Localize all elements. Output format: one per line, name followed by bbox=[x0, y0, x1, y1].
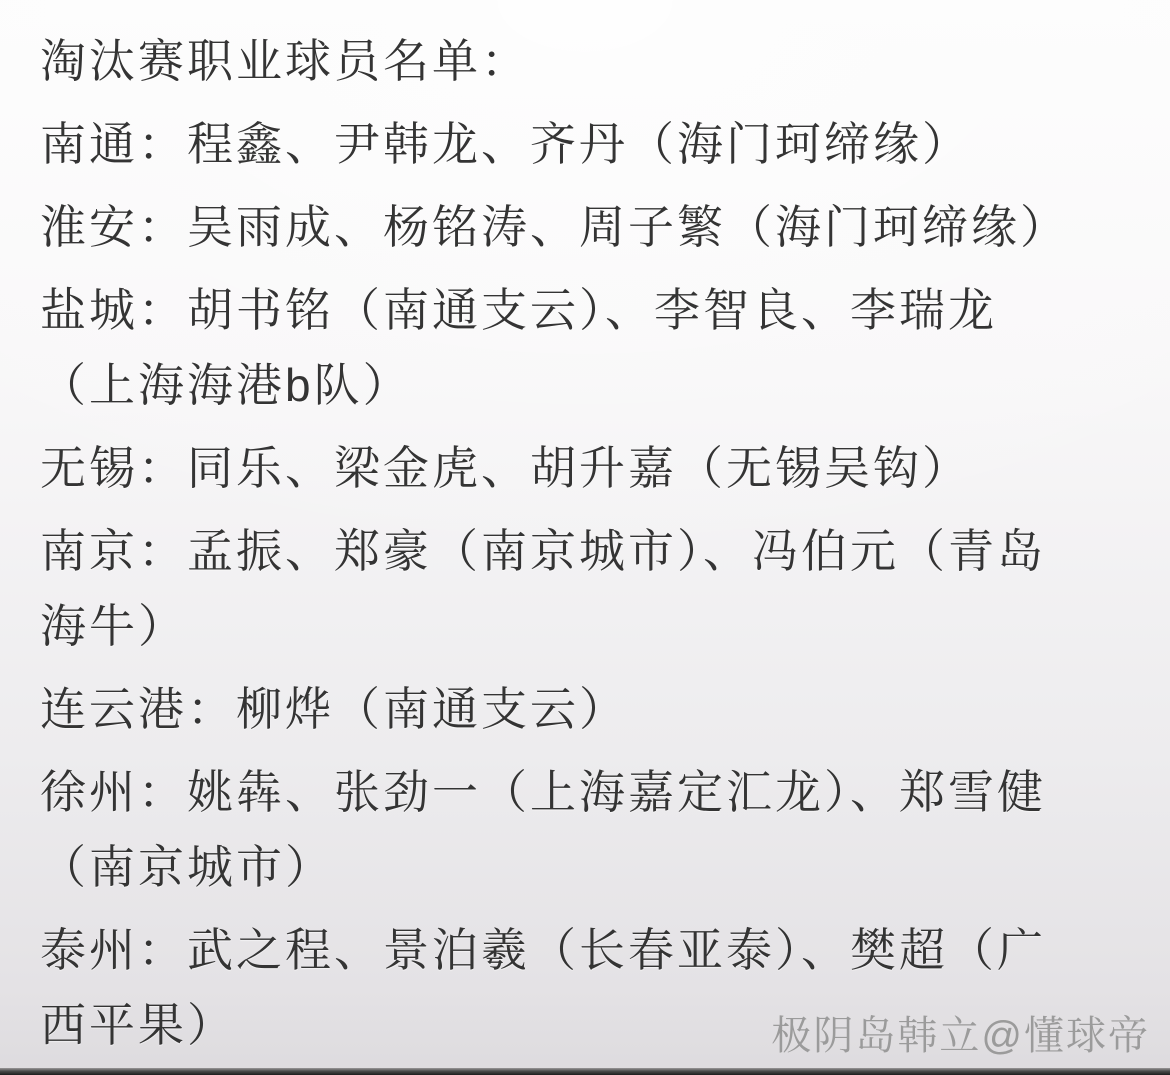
roster-line-wrap: （上海海港b队） bbox=[40, 348, 1140, 423]
roster-text-block: 淘汰赛职业球员名单： 南通：程鑫、尹韩龙、齐丹（海门珂缔缘） 淮安：吴雨成、杨铭… bbox=[0, 0, 1170, 1071]
roster-entry-nanjing: 南京：孟振、郑豪（南京城市）、冯伯元（青岛 海牛） bbox=[40, 514, 1140, 664]
roster-line: 南京：孟振、郑豪（南京城市）、冯伯元（青岛 bbox=[40, 514, 1140, 589]
roster-line: 南通：程鑫、尹韩龙、齐丹（海门珂缔缘） bbox=[40, 107, 1140, 182]
roster-line: 泰州：武之程、景泊羲（长春亚泰）、樊超（广 bbox=[40, 913, 1140, 988]
roster-entry-lianyungang: 连云港：柳烨（南通支云） bbox=[40, 672, 1140, 747]
roster-entry-nantong: 南通：程鑫、尹韩龙、齐丹（海门珂缔缘） bbox=[40, 107, 1140, 182]
roster-line: 淮安：吴雨成、杨铭涛、周子繁（海门珂缔缘） bbox=[40, 190, 1140, 265]
roster-entry-wuxi: 无锡：同乐、梁金虎、胡升嘉（无锡吴钩） bbox=[40, 431, 1140, 506]
watermark: 极阴岛韩立@懂球帝 bbox=[771, 1004, 1150, 1061]
bottom-edge-bar bbox=[0, 1068, 1170, 1075]
roster-entry-xuzhou: 徐州：姚犇、张劲一（上海嘉定汇龙）、郑雪健 （南京城市） bbox=[40, 755, 1140, 905]
roster-entry-huaian: 淮安：吴雨成、杨铭涛、周子繁（海门珂缔缘） bbox=[40, 190, 1140, 265]
screenshot-root: 淘汰赛职业球员名单： 南通：程鑫、尹韩龙、齐丹（海门珂缔缘） 淮安：吴雨成、杨铭… bbox=[0, 0, 1170, 1075]
page-title-paragraph: 淘汰赛职业球员名单： bbox=[40, 24, 1140, 99]
roster-line-wrap: 海牛） bbox=[40, 589, 1140, 664]
page-title: 淘汰赛职业球员名单： bbox=[40, 24, 1140, 99]
roster-entry-yancheng: 盐城：胡书铭（南通支云）、李智良、李瑞龙 （上海海港b队） bbox=[40, 273, 1140, 423]
roster-line: 连云港：柳烨（南通支云） bbox=[40, 672, 1140, 747]
roster-line: 无锡：同乐、梁金虎、胡升嘉（无锡吴钩） bbox=[40, 431, 1140, 506]
roster-line: 盐城：胡书铭（南通支云）、李智良、李瑞龙 bbox=[40, 273, 1140, 348]
roster-line-wrap: （南京城市） bbox=[40, 830, 1140, 905]
roster-line: 徐州：姚犇、张劲一（上海嘉定汇龙）、郑雪健 bbox=[40, 755, 1140, 830]
